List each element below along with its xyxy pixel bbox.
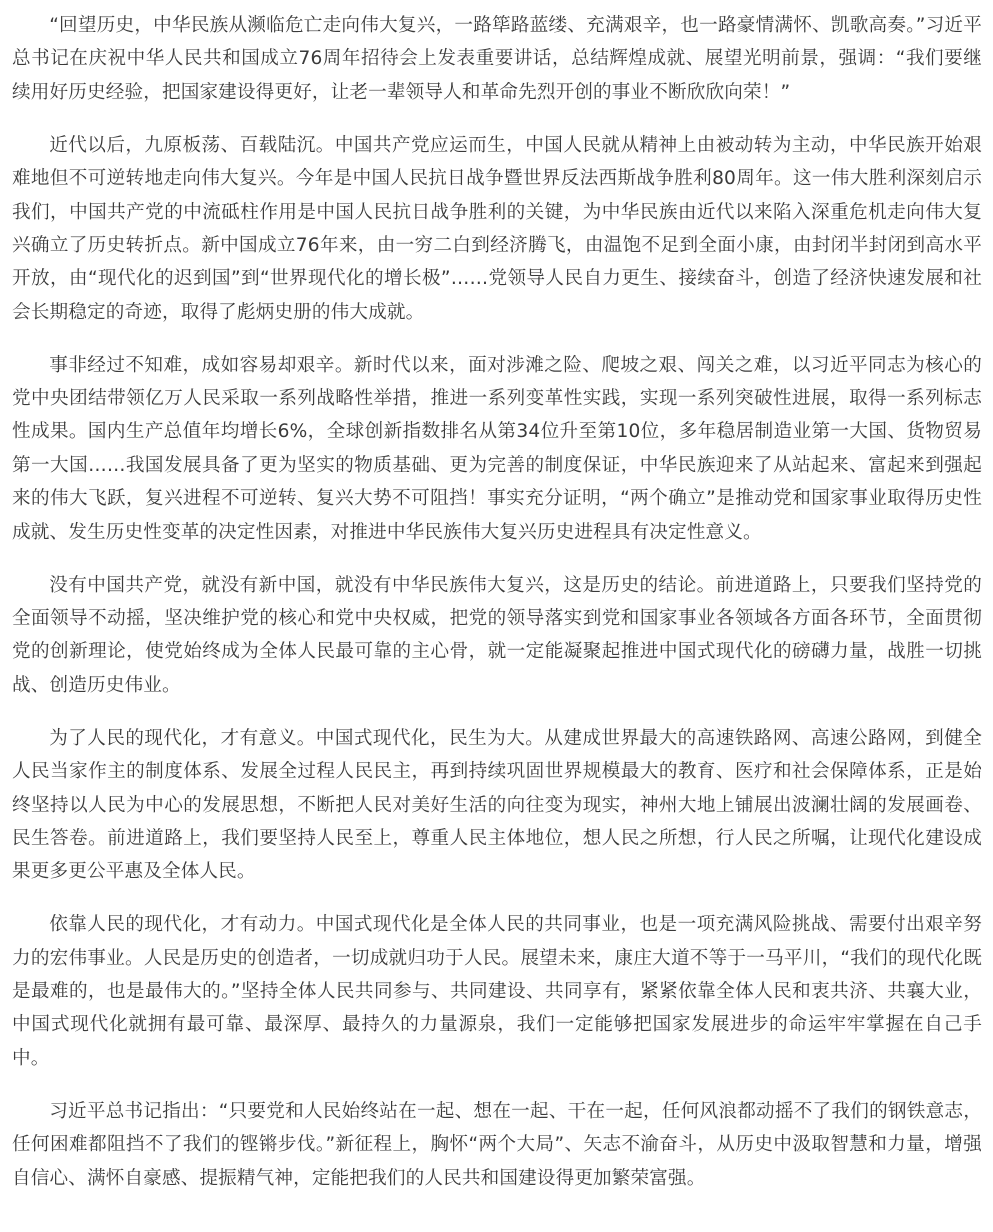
paragraph-4: 没有中国共产党，就没有新中国，就没有中华民族伟大复兴，这是历史的结论。前进道路上…: [12, 569, 982, 703]
paragraph-7: 习近平总书记指出：“只要党和人民始终站在一起、想在一起、干在一起，任何风浪都动摇…: [12, 1095, 982, 1195]
paragraph-6: 依靠人民的现代化，才有动力。中国式现代化是全体人民的共同事业，也是一项充满风险挑…: [12, 908, 982, 1075]
article-body: “回望历史，中华民族从濒临危亡走向伟大复兴，一路筚路蓝缕、充满艰辛，也一路豪情满…: [0, 0, 993, 1195]
paragraph-1: “回望历史，中华民族从濒临危亡走向伟大复兴，一路筚路蓝缕、充满艰辛，也一路豪情满…: [12, 9, 982, 109]
paragraph-2: 近代以后，九原板荡、百载陆沉。中国共产党应运而生，中国人民就从精神上由被动转为主…: [12, 129, 982, 329]
paragraph-5: 为了人民的现代化，才有意义。中国式现代化，民生为大。从建成世界最大的高速铁路网、…: [12, 722, 982, 889]
paragraph-3: 事非经过不知难，成如容易却艰辛。新时代以来，面对涉滩之险、爬坡之艰、闯关之难，以…: [12, 349, 982, 549]
